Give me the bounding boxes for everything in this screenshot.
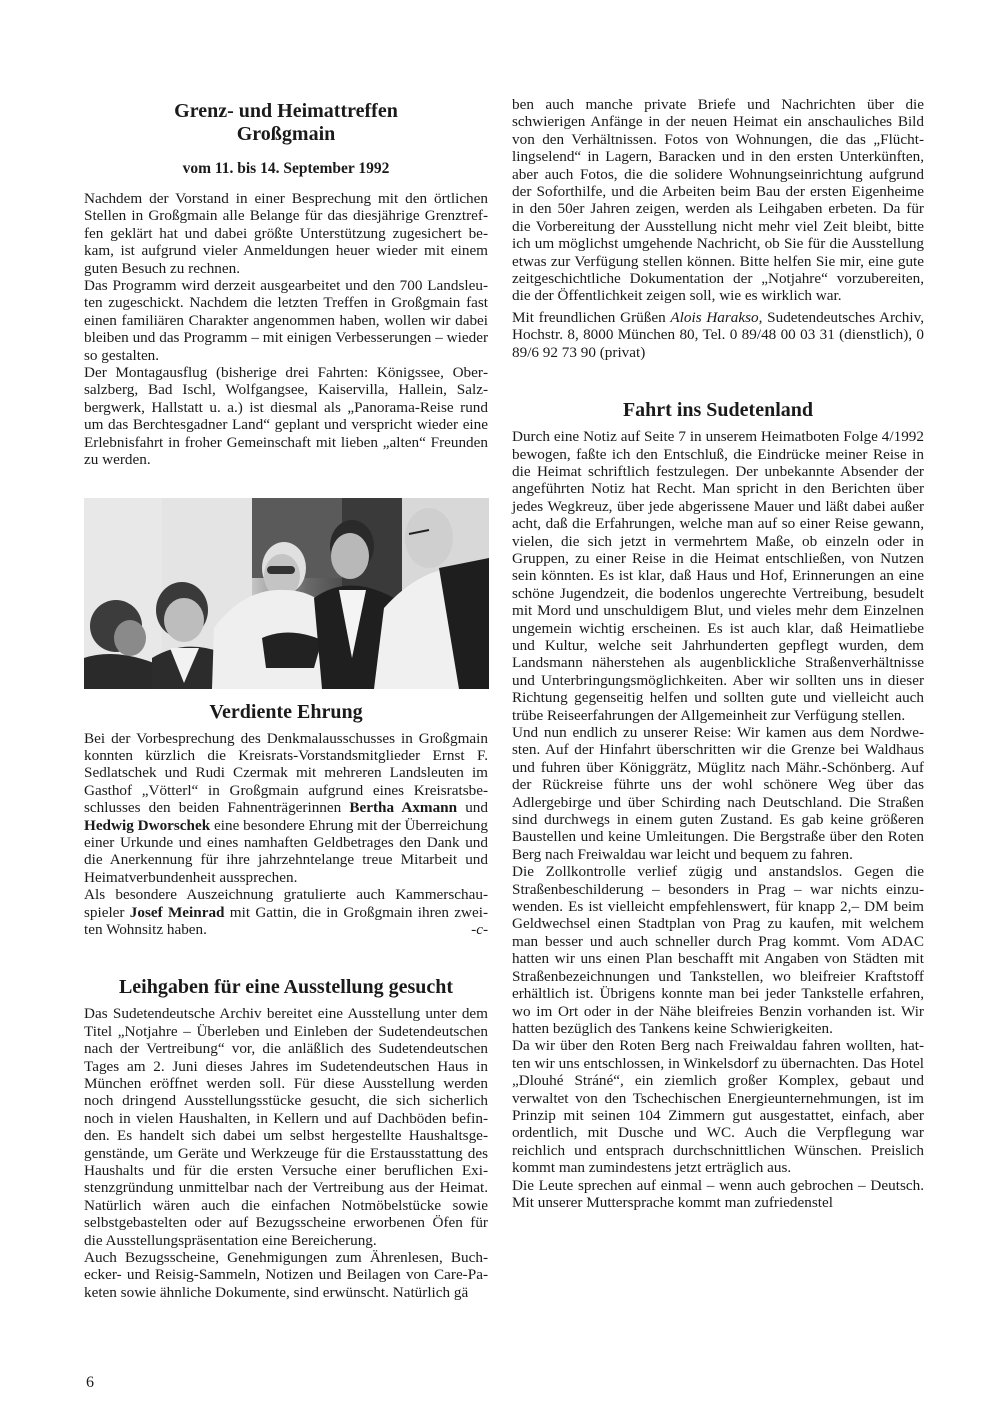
paragraph: ben auch manche private Briefe und Nachr… — [512, 96, 924, 305]
actor-name: Josef Meinrad — [130, 904, 225, 921]
article-title-leihgaben: Leihgaben für eine Ausstellung gesucht — [84, 976, 488, 999]
closing-paragraph: Mit freundlichen Grüßen Alois Harakso, S… — [512, 309, 924, 361]
paragraph: Und nun endlich zu unserer Reise: Wir ka… — [512, 724, 924, 863]
paragraph: Der Montagausflug (bisherige drei Fahrte… — [84, 364, 488, 468]
article-title-grenztreffen: Grenz- und Heimattreffen Großgmain — [84, 100, 488, 146]
paragraph: Durch eine Notiz auf Seite 7 in unserem … — [512, 428, 924, 724]
paragraph: Die Leute sprechen auf einmal – wenn auc… — [512, 1177, 924, 1212]
article-title-ehrung: Verdiente Ehrung — [84, 701, 488, 724]
left-column: Grenz- und Heimattreffen Großgmain vom 1… — [84, 96, 488, 1301]
title-line-2: Großgmain — [237, 123, 336, 145]
article-title-fahrt: Fahrt ins Sudetenland — [512, 399, 924, 422]
paragraph: Nachdem der Vorstand in einer Besprechun… — [84, 190, 488, 277]
honoree-name: Hedwig Dworschek — [84, 817, 210, 834]
paragraph: Auch Bezugsscheine, Genehmigungen zum Äh… — [84, 1249, 488, 1301]
group-photo — [84, 498, 489, 689]
photo-illustration — [84, 498, 489, 689]
honoree-name: Bertha Axmann — [349, 799, 457, 816]
paragraph: Die Zollkontrolle verlief zügig und anst… — [512, 863, 924, 1037]
right-column: ben auch manche private Briefe und Nachr… — [512, 96, 924, 1211]
paragraph: Das Sudetendeutsche Archiv bereitet eine… — [84, 1005, 488, 1249]
paragraph: Bei der Vorbesprechung des Denkmalaussch… — [84, 730, 488, 887]
paragraph: Das Programm wird derzeit ausgearbeitet … — [84, 277, 488, 364]
author-name: Alois Harakso, — [670, 309, 762, 326]
paragraph: Da wir über den Roten Berg nach Freiwald… — [512, 1037, 924, 1176]
article-subtitle-date: vom 11. bis 14. September 1992 — [84, 160, 488, 178]
paragraph: Als besondere Auszeichnung gratulierte a… — [84, 886, 488, 938]
page-number: 6 — [86, 1374, 94, 1392]
title-line-1: Grenz- und Heimattreffen — [174, 100, 398, 122]
author-signature: -c- — [471, 921, 488, 938]
